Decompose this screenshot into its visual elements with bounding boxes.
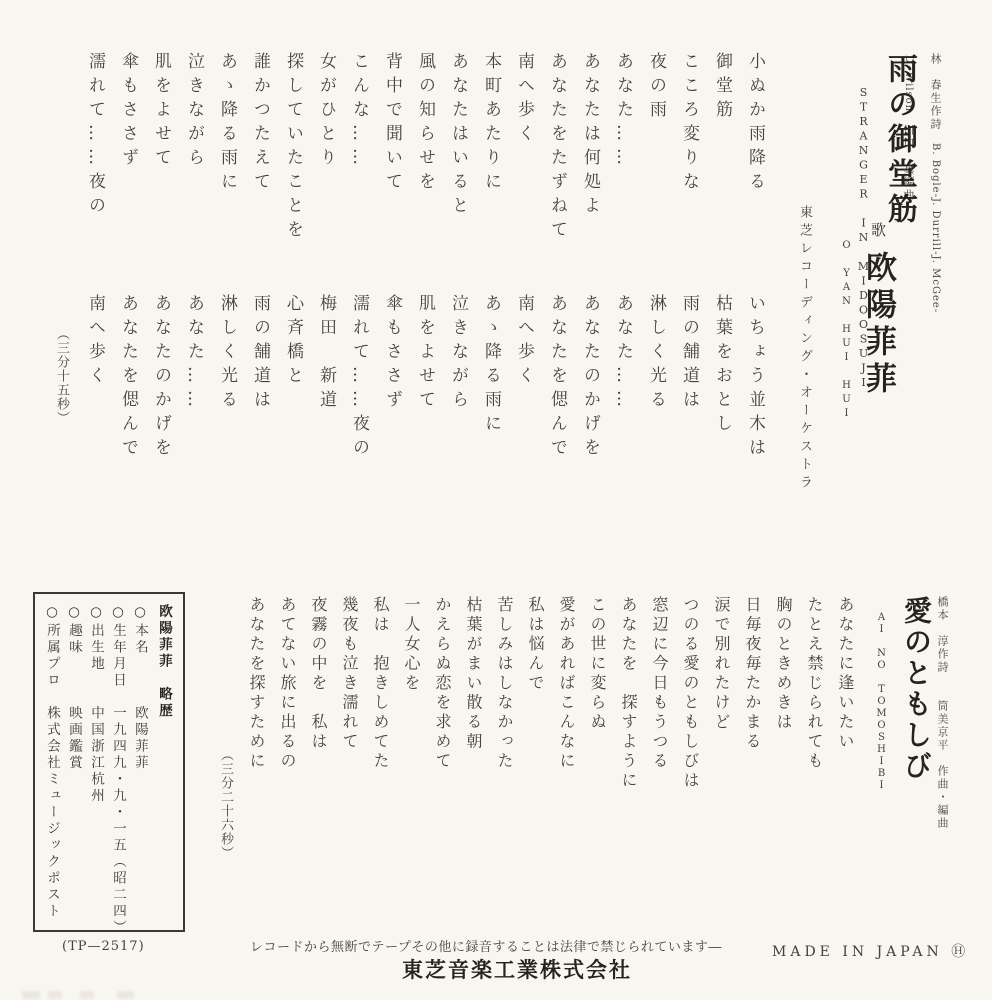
profile-row: ○所属プロ 株式会社ミュージックポスト: [41, 604, 63, 916]
lyric-line: いちょう並木は: [738, 294, 771, 566]
lyric-line: 背中で聞いて: [375, 52, 408, 320]
scan-edge-artifact: [22, 991, 152, 999]
song1-title: 雨の御堂筋: [877, 53, 921, 228]
lyric-line: 幾夜も泣き濡れて: [334, 596, 365, 896]
artist-profile-box: ○本名 欧陽菲菲○生年月日 一九四九・九・一五（昭二四）○出生地 中国浙江杭州○…: [33, 592, 185, 932]
lyric-line: 淋しく光る: [639, 294, 672, 566]
lyric-line: あなたをたずねて: [540, 52, 573, 320]
song1-lyricist-credit: 林 春生作詩: [929, 53, 942, 131]
lyric-line: 私は 抱きしめてた: [365, 596, 396, 896]
lyric-line: 窓辺に今日もうつる: [644, 596, 675, 896]
song1-verse1: 小ぬか雨降る御堂筋こころ変りな夜の雨あなた……あなたは何処よあなたをたずねて南へ…: [78, 52, 771, 320]
lyric-line: 泣きながら: [441, 294, 474, 566]
song2-duration: （三分二十六秒）: [210, 748, 241, 896]
lyric-line: この世に変らぬ: [582, 596, 613, 896]
lyric-line: 泣きながら: [177, 52, 210, 320]
lyric-line: あなたのかげを: [144, 294, 177, 566]
lyric-line: あなたのかげを: [573, 294, 606, 566]
lyric-line: あなた……: [606, 52, 639, 320]
lyric-line: 梅田 新道: [309, 294, 342, 566]
profile-row: ○出生地 中国浙江杭州: [85, 604, 107, 916]
lyric-line: 一人女心を: [396, 596, 427, 896]
lyric-line: 肌をよせて: [144, 52, 177, 320]
copy-warning-text: レコードから無断でテープその他に録音することは法律で禁じられています―: [250, 936, 722, 955]
lyric-line: あなたを 探すように: [613, 596, 644, 896]
lyric-line: 南へ歩く: [507, 294, 540, 566]
lyric-line: あなた……: [606, 294, 639, 566]
made-in-japan-label: MADE IN JAPAN Ⓗ: [772, 941, 969, 961]
lyric-line: 南へ歩く: [507, 52, 540, 320]
lyric-line: あなたは何処よ: [573, 52, 606, 320]
profile-header: 欧陽菲菲 略歴: [153, 604, 175, 916]
song2-title: 愛のともしび: [896, 596, 936, 782]
lyric-line: あなた……: [177, 294, 210, 566]
song2-lyrics: あなたに逢いたいたとえ禁じられても胸のときめきは日毎夜毎たかまる涙で別れたけどつ…: [210, 596, 861, 896]
song1-duration: （三分十五秒）: [45, 327, 78, 566]
lyric-line: あなたに逢いたい: [830, 596, 861, 896]
profile-row: ○生年月日 一九四九・九・一五（昭二四）: [107, 604, 129, 916]
catalog-number: (TP—2517): [62, 939, 145, 954]
company-name: 東芝音楽工業株式会社: [402, 954, 632, 984]
artist-profile-header-col: 欧陽菲菲 略歴: [153, 604, 175, 916]
lyric-line: 枯葉がまい散る朝: [458, 596, 489, 896]
lyric-line: つのる愛のともしびは: [675, 596, 706, 896]
artist-name-romaji: O YAN HUI HUI: [841, 240, 852, 422]
vocal-label: 歌: [869, 222, 887, 239]
record-sleeve-back: 林 春生作詩B. Bogle-J. Durrill-J. McGee- D. W…: [0, 0, 992, 1000]
lyric-line: 苦しみはしなかった: [489, 596, 520, 896]
lyric-line: 本町あたりに: [474, 52, 507, 320]
song2-title-romaji: AI NO TOMOSHIBI: [876, 612, 887, 792]
lyric-line: 心斉橋と: [276, 294, 309, 566]
lyric-line: あゝ降る雨に: [474, 294, 507, 566]
lyric-line: 雨の舗道は: [243, 294, 276, 566]
artist-profile-content: ○本名 欧陽菲菲○生年月日 一九四九・九・一五（昭二四）○出生地 中国浙江杭州○…: [41, 604, 151, 916]
lyric-line: 南へ歩く: [78, 294, 111, 566]
lyric-line: あなたはいると: [441, 52, 474, 320]
lyric-line: 雨の舗道は: [672, 294, 705, 566]
lyric-line: かえらぬ恋を求めて: [427, 596, 458, 896]
lyric-line: あてない旅に出るの: [272, 596, 303, 896]
profile-row: ○趣味 映画鑑賞: [63, 604, 85, 916]
lyric-line: 肌をよせて: [408, 294, 441, 566]
song1-verse2: いちょう並木は枯葉をおとし雨の舗道は淋しく光るあなた……あなたのかげをあなたを偲…: [45, 294, 771, 566]
profile-row: ○本名 欧陽菲菲: [129, 604, 151, 916]
song2-credits: 橋本 淳作詩 筒美京平 作曲・編曲: [934, 596, 950, 830]
lyric-line: あなたを探すために: [241, 596, 272, 896]
lyric-line: 胸のときめきは: [768, 596, 799, 896]
song1-composer-credit-roman: B. Bogle-J. Durrill-J. McGee-: [930, 143, 941, 313]
lyric-line: あなたを偲んで: [111, 294, 144, 566]
lyric-line: 濡れて……夜の: [78, 52, 111, 320]
lyric-line: 私は悩んで: [520, 596, 551, 896]
artist-name: 欧陽菲菲: [860, 251, 896, 399]
lyric-line: 愛があればこんなに: [551, 596, 582, 896]
lyric-line: あゝ降る雨に: [210, 52, 243, 320]
lyric-line: 傘もささず: [111, 52, 144, 320]
song1-credits-column-1: 林 春生作詩B. Bogle-J. Durrill-J. McGee-: [926, 53, 945, 313]
orchestra-credit: 東芝レコーディング・オーケストラ: [795, 205, 814, 493]
lyric-line: 誰かつたえて: [243, 52, 276, 320]
lyric-line: 傘もささず: [375, 294, 408, 566]
lyric-line: こころ変りな: [672, 52, 705, 320]
lyric-line: 涙で別れたけど: [706, 596, 737, 896]
lyric-line: こんな……: [342, 52, 375, 320]
lyric-line: 夜霧の中を 私は: [303, 596, 334, 896]
lyric-line: 女がひとり: [309, 52, 342, 320]
lyric-line: 夜の雨: [639, 52, 672, 320]
lyric-line: 御堂筋: [705, 52, 738, 320]
lyric-line: 小ぬか雨降る: [738, 52, 771, 320]
song1-singer-block: 歌欧陽菲菲: [856, 222, 901, 399]
lyric-line: 濡れて……夜の: [342, 294, 375, 566]
lyric-line: 淋しく光る: [210, 294, 243, 566]
lyric-line: 日毎夜毎たかまる: [737, 596, 768, 896]
lyric-line: あなたを偲んで: [540, 294, 573, 566]
lyric-line: 探していたことを: [276, 52, 309, 320]
lyric-line: 風の知らせを: [408, 52, 441, 320]
lyric-line: 枯葉をおとし: [705, 294, 738, 566]
lyric-line: たとえ禁じられても: [799, 596, 830, 896]
